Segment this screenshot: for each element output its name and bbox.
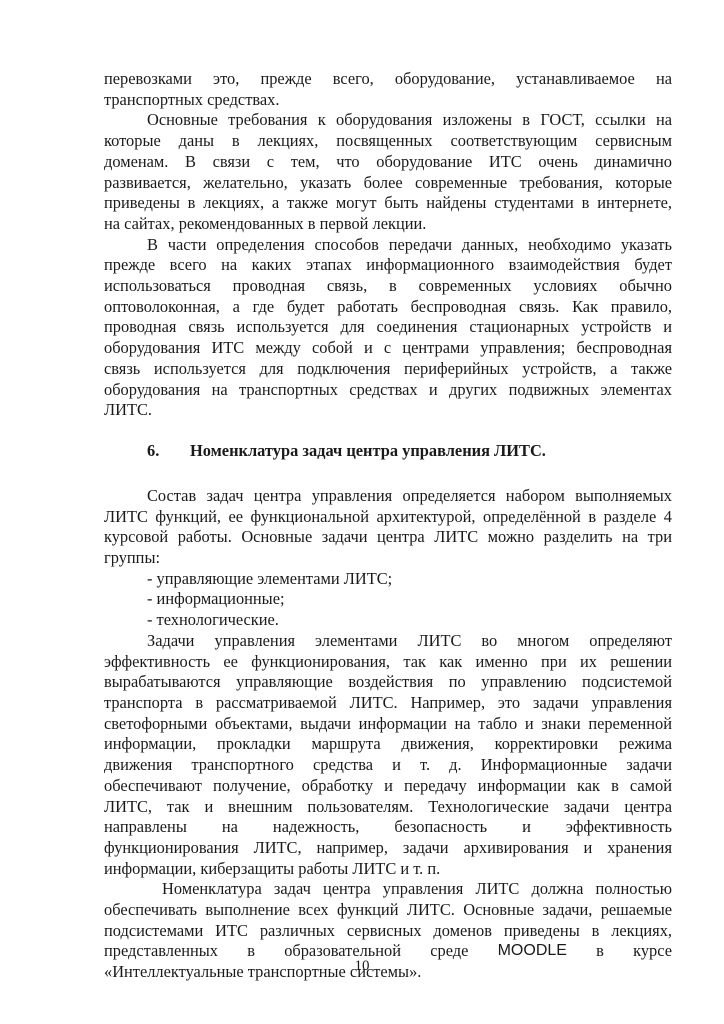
text-line: прежде всего на каких этапах информацион… [104,255,672,276]
text-line: информации, киберзащиты работы ЛИТС и т.… [104,859,672,880]
text-line: Основные требования к оборудования излож… [104,110,672,131]
text-line: движения транспортного средства и т. д. … [104,755,672,776]
text-line: проводная связь используется для соедине… [104,317,672,338]
paragraph-data-transfer: В части определения способов передачи да… [104,235,672,421]
spacer [104,462,672,486]
list-item: - технологические. [104,610,672,631]
text-line: подсистемами ИТС различных сервисных дом… [104,921,672,942]
text-line: ЛИТС. [104,400,672,421]
text-line: доменам. В связи с тем, что оборудование… [104,152,672,173]
document-page: перевозками это, прежде всего, оборудова… [104,69,672,983]
paragraph-intro: Состав задач центра управления определяе… [104,486,672,569]
text-line: ЛИТС, так и внешним пользователям. Техно… [104,797,672,818]
text-line: обеспечивают получение, обработку и пере… [104,776,672,797]
section-number: 6. [147,441,159,462]
text-line: приведены в лекциях, а также могут быть … [104,193,672,214]
text-line: транспортных средствах. [104,90,672,111]
list-item: - информационные; [104,589,672,610]
text-line: перевозками это, прежде всего, оборудова… [104,69,672,90]
list-item: - управляющие элементами ЛИТС; [104,569,672,590]
text-line: на сайтах, рекомендованных в первой лекц… [104,214,672,235]
paragraph-equipment: перевозками это, прежде всего, оборудова… [104,69,672,110]
text-line: направлены на надежность, безопасность и… [104,817,672,838]
text-line: эффективность ее функционирования, так к… [104,652,672,673]
text-line: развивается, желательно, указать более с… [104,173,672,194]
text-line: которые даны в лекциях, посвященных соот… [104,131,672,152]
text-line: группы: [104,548,672,569]
text-line: информации, прокладки маршрута движения,… [104,734,672,755]
text-line: Номенклатура задач центра управления ЛИТ… [104,879,672,900]
text-line: оптоволоконная, а где будет работать бес… [104,297,672,318]
text-line: В части определения способов передачи да… [104,235,672,256]
paragraph-tasks: Задачи управления элементами ЛИТС во мно… [104,631,672,879]
text-line: светофорными объектами, выдачи информаци… [104,714,672,735]
section-title: Номенклатура задач центра управления ЛИТ… [190,441,546,462]
text-line: функционирования ЛИТС, например, задачи … [104,838,672,859]
section-heading: 6. Номенклатура задач центра управления … [104,441,672,462]
text-line: вырабатываются управляющие воздействия п… [104,672,672,693]
text-line: оборудования на транспортных средствах и… [104,380,672,401]
text-line: связь используется для подключения периф… [104,359,672,380]
text-line: оборудования ИТС между собой и с центрам… [104,338,672,359]
paragraph-requirements: Основные требования к оборудования излож… [104,110,672,234]
text-line: обеспечивать выполнение всех функций ЛИТ… [104,900,672,921]
text-line: Задачи управления элементами ЛИТС во мно… [104,631,672,652]
text-line: курсовой работы. Основные задачи центра … [104,527,672,548]
task-groups-list: - управляющие элементами ЛИТС; - информа… [104,569,672,631]
text-line: ЛИТС функций, ее функциональной архитект… [104,507,672,528]
text-line: Состав задач центра управления определяе… [104,486,672,507]
page-number: 10 [0,958,724,975]
text-line: транспорта в рассматриваемой ЛИТС. Напри… [104,693,672,714]
text-line: использоваться проводная связь, в соврем… [104,276,672,297]
